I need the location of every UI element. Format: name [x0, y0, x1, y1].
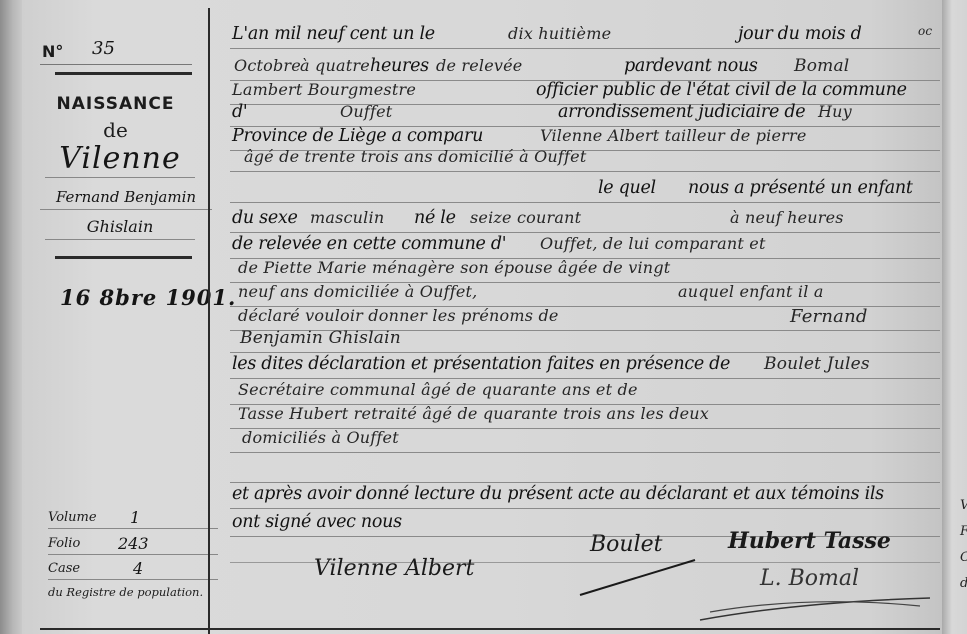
handwritten-text: à quatre: [300, 56, 370, 75]
register-folio: Folio 243: [48, 534, 218, 555]
body-line-2: Octobre à quatre heures de relevée parde…: [230, 54, 940, 81]
body-line-7: le quel nous a présenté un enfant: [230, 176, 940, 203]
body-line-16: Tasse Hubert retraité âgé de quarante tr…: [230, 402, 940, 429]
printed-text: jour du mois d: [738, 24, 861, 44]
column-rule: [208, 8, 210, 634]
printed-text: heures: [370, 56, 429, 76]
child-given-names-2: Ghislain: [45, 215, 195, 240]
handwritten-text: Boulet Jules: [764, 354, 870, 374]
record-type-de: de: [38, 118, 193, 142]
printed-text: ont signé avec nous: [232, 512, 402, 532]
printed-text: arrondissement judiciaire de: [558, 102, 805, 122]
handwritten-text: Tasse Hubert retraité âgé de quarante tr…: [238, 404, 709, 423]
record-type-heading: NAISSANCE: [38, 94, 193, 114]
volume-label: Volume: [48, 510, 97, 525]
book-spine: [0, 0, 22, 634]
printed-text: pardevant nous: [624, 56, 758, 76]
body-line-11: neuf ans domiciliée à Ouffet, auquel enf…: [230, 280, 940, 307]
handwritten-text: à neuf heures: [730, 208, 844, 227]
handwritten-text: oc: [918, 24, 932, 38]
handwritten-text: âgé de trente trois ans domicilié à Ouff…: [244, 147, 586, 166]
printed-text: et après avoir donné lecture du présent …: [232, 484, 884, 504]
signature-declarant: Vilenne Albert: [314, 556, 474, 581]
body-line-18: [230, 456, 940, 483]
body-line-10: de Piette Marie ménagère son épouse âgée…: [230, 256, 940, 283]
handwritten-text: Bomal: [794, 56, 849, 76]
printed-text: de relevée en cette commune d': [232, 234, 506, 254]
handwritten-text: de relevée: [436, 56, 522, 75]
handwritten-text: dix huitième: [508, 24, 611, 43]
folio-value: 243: [118, 534, 149, 553]
child-given-names-1: Fernand Benjamin: [40, 185, 212, 210]
body-line-6: âgé de trente trois ans domicilié à Ouff…: [230, 145, 940, 172]
register-note: du Registre de population.: [48, 585, 203, 599]
signature-flourish-icon: [570, 540, 940, 630]
adjacent-page-edge: V F C d: [942, 0, 967, 634]
case-label: Case: [48, 561, 80, 576]
body-line-15: Secrétaire communal âgé de quarante ans …: [230, 378, 940, 405]
handwritten-text: Huy: [818, 102, 852, 121]
body-line-1: L'an mil neuf cent un le dix huitième jo…: [230, 22, 940, 49]
child-surname: Vilenne: [45, 141, 195, 178]
body-line-13: Benjamin Ghislain: [230, 326, 940, 353]
printed-text: L'an mil neuf cent un le: [232, 24, 435, 44]
register-volume: Volume 1: [48, 508, 218, 529]
adjacent-glyph: C: [960, 550, 967, 565]
handwritten-text: neuf ans domiciliée à Ouffet,: [238, 282, 477, 301]
volume-value: 1: [130, 508, 140, 527]
page-bottom-rule: [40, 628, 940, 630]
case-value: 4: [133, 559, 143, 578]
handwritten-text: Ouffet, de lui comparant et: [540, 234, 766, 253]
entry-number-label: N°: [42, 42, 63, 61]
handwritten-text: Fernand: [790, 306, 868, 327]
printed-text: les dites déclaration et présentation fa…: [232, 354, 730, 374]
handwritten-text: de Piette Marie ménagère son épouse âgée…: [238, 258, 670, 277]
printed-text: Province de Liège a comparu: [232, 126, 483, 146]
handwritten-text: Ouffet: [340, 102, 392, 121]
printed-text: le quel: [598, 178, 656, 198]
body-line-8: du sexe masculin né le seize courant à n…: [230, 206, 940, 233]
adjacent-glyph: d: [960, 576, 967, 591]
printed-text: officier public de l'état civil de la co…: [536, 80, 907, 100]
margin-divider: [55, 256, 192, 259]
entry-number-row: N° 35: [40, 38, 192, 65]
folio-label: Folio: [48, 536, 80, 551]
handwritten-text: Vilenne Albert tailleur de pierre: [540, 126, 807, 145]
printed-text: d': [232, 102, 247, 122]
handwritten-text: seize courant: [470, 208, 581, 227]
register-case: Case 4: [48, 559, 218, 580]
handwritten-text: Secrétaire communal âgé de quarante ans …: [238, 380, 638, 399]
adjacent-glyph: F: [960, 524, 967, 539]
handwritten-text: Lambert Bourgmestre: [232, 80, 416, 99]
entry-number-value: 35: [92, 38, 115, 59]
handwritten-text: Octobre: [234, 56, 301, 75]
handwritten-text: auquel enfant il a: [678, 282, 824, 301]
printed-text: du sexe: [232, 208, 298, 228]
handwritten-text: Benjamin Ghislain: [240, 328, 401, 348]
body-line-4: d' Ouffet arrondissement judiciaire de H…: [230, 100, 940, 127]
body-line-14: les dites déclaration et présentation fa…: [230, 352, 940, 379]
handwritten-text: déclaré vouloir donner les prénoms de: [238, 306, 559, 325]
margin-divider: [55, 72, 192, 75]
handwritten-text: masculin: [310, 208, 384, 227]
body-line-9: de relevée en cette commune d' Ouffet, d…: [230, 232, 940, 259]
handwritten-text: domiciliés à Ouffet: [242, 428, 399, 447]
printed-text: nous a présenté un enfant: [688, 178, 913, 198]
adjacent-glyph: V: [960, 498, 967, 513]
printed-text: né le: [414, 208, 456, 228]
body-line-19: et après avoir donné lecture du présent …: [230, 482, 940, 509]
body-line-17: domiciliés à Ouffet: [230, 426, 940, 453]
